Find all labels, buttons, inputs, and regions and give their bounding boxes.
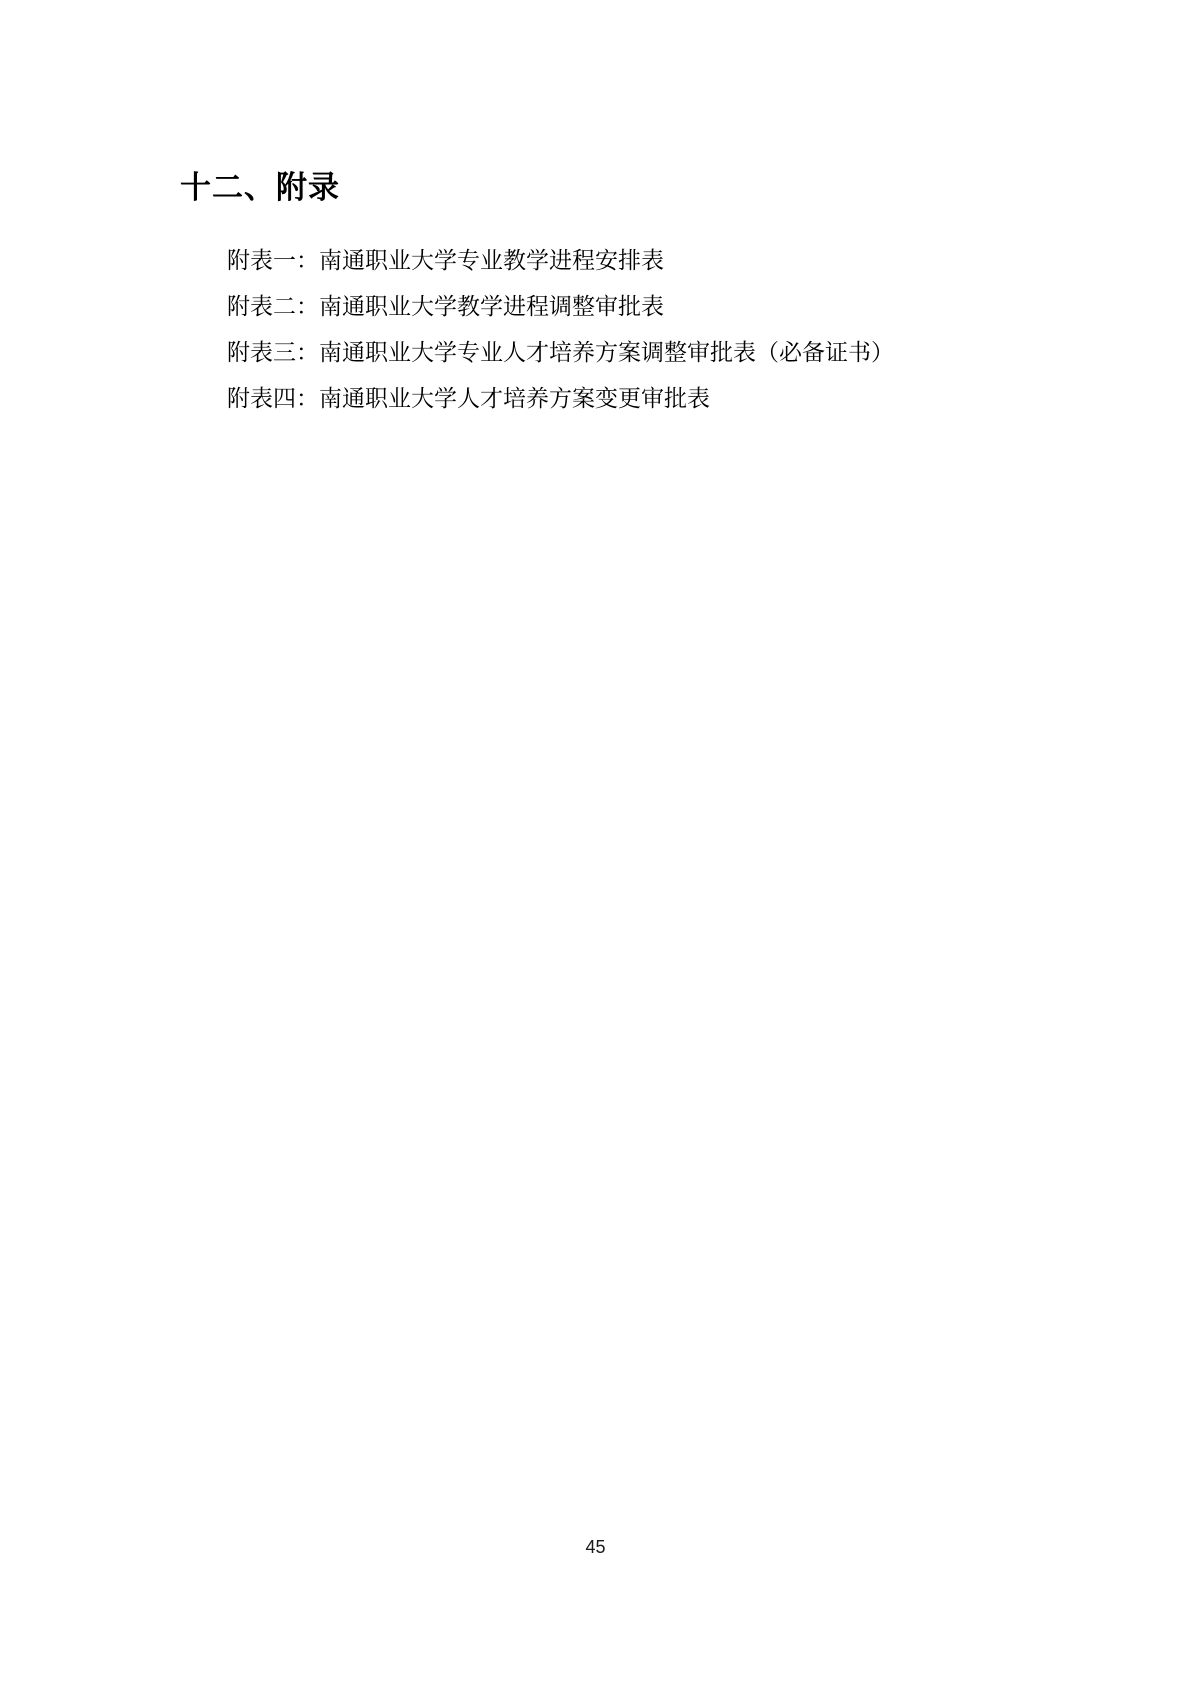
appendix-list: 附表一：南通职业大学专业教学进程安排表 附表二：南通职业大学教学进程调整审批表 … (227, 238, 894, 422)
section-heading: 十二、附录 (180, 170, 340, 206)
document-page: 十二、附录 附表一：南通职业大学专业教学进程安排表 附表二：南通职业大学教学进程… (0, 0, 1191, 1684)
appendix-item-2: 附表二：南通职业大学教学进程调整审批表 (227, 284, 894, 330)
page-footer: 45 (0, 1536, 1191, 1558)
appendix-item-1: 附表一：南通职业大学专业教学进程安排表 (227, 238, 894, 284)
page-number: 45 (585, 1537, 605, 1557)
appendix-item-4: 附表四：南通职业大学人才培养方案变更审批表 (227, 376, 894, 422)
appendix-item-3: 附表三：南通职业大学专业人才培养方案调整审批表（必备证书） (227, 330, 894, 376)
